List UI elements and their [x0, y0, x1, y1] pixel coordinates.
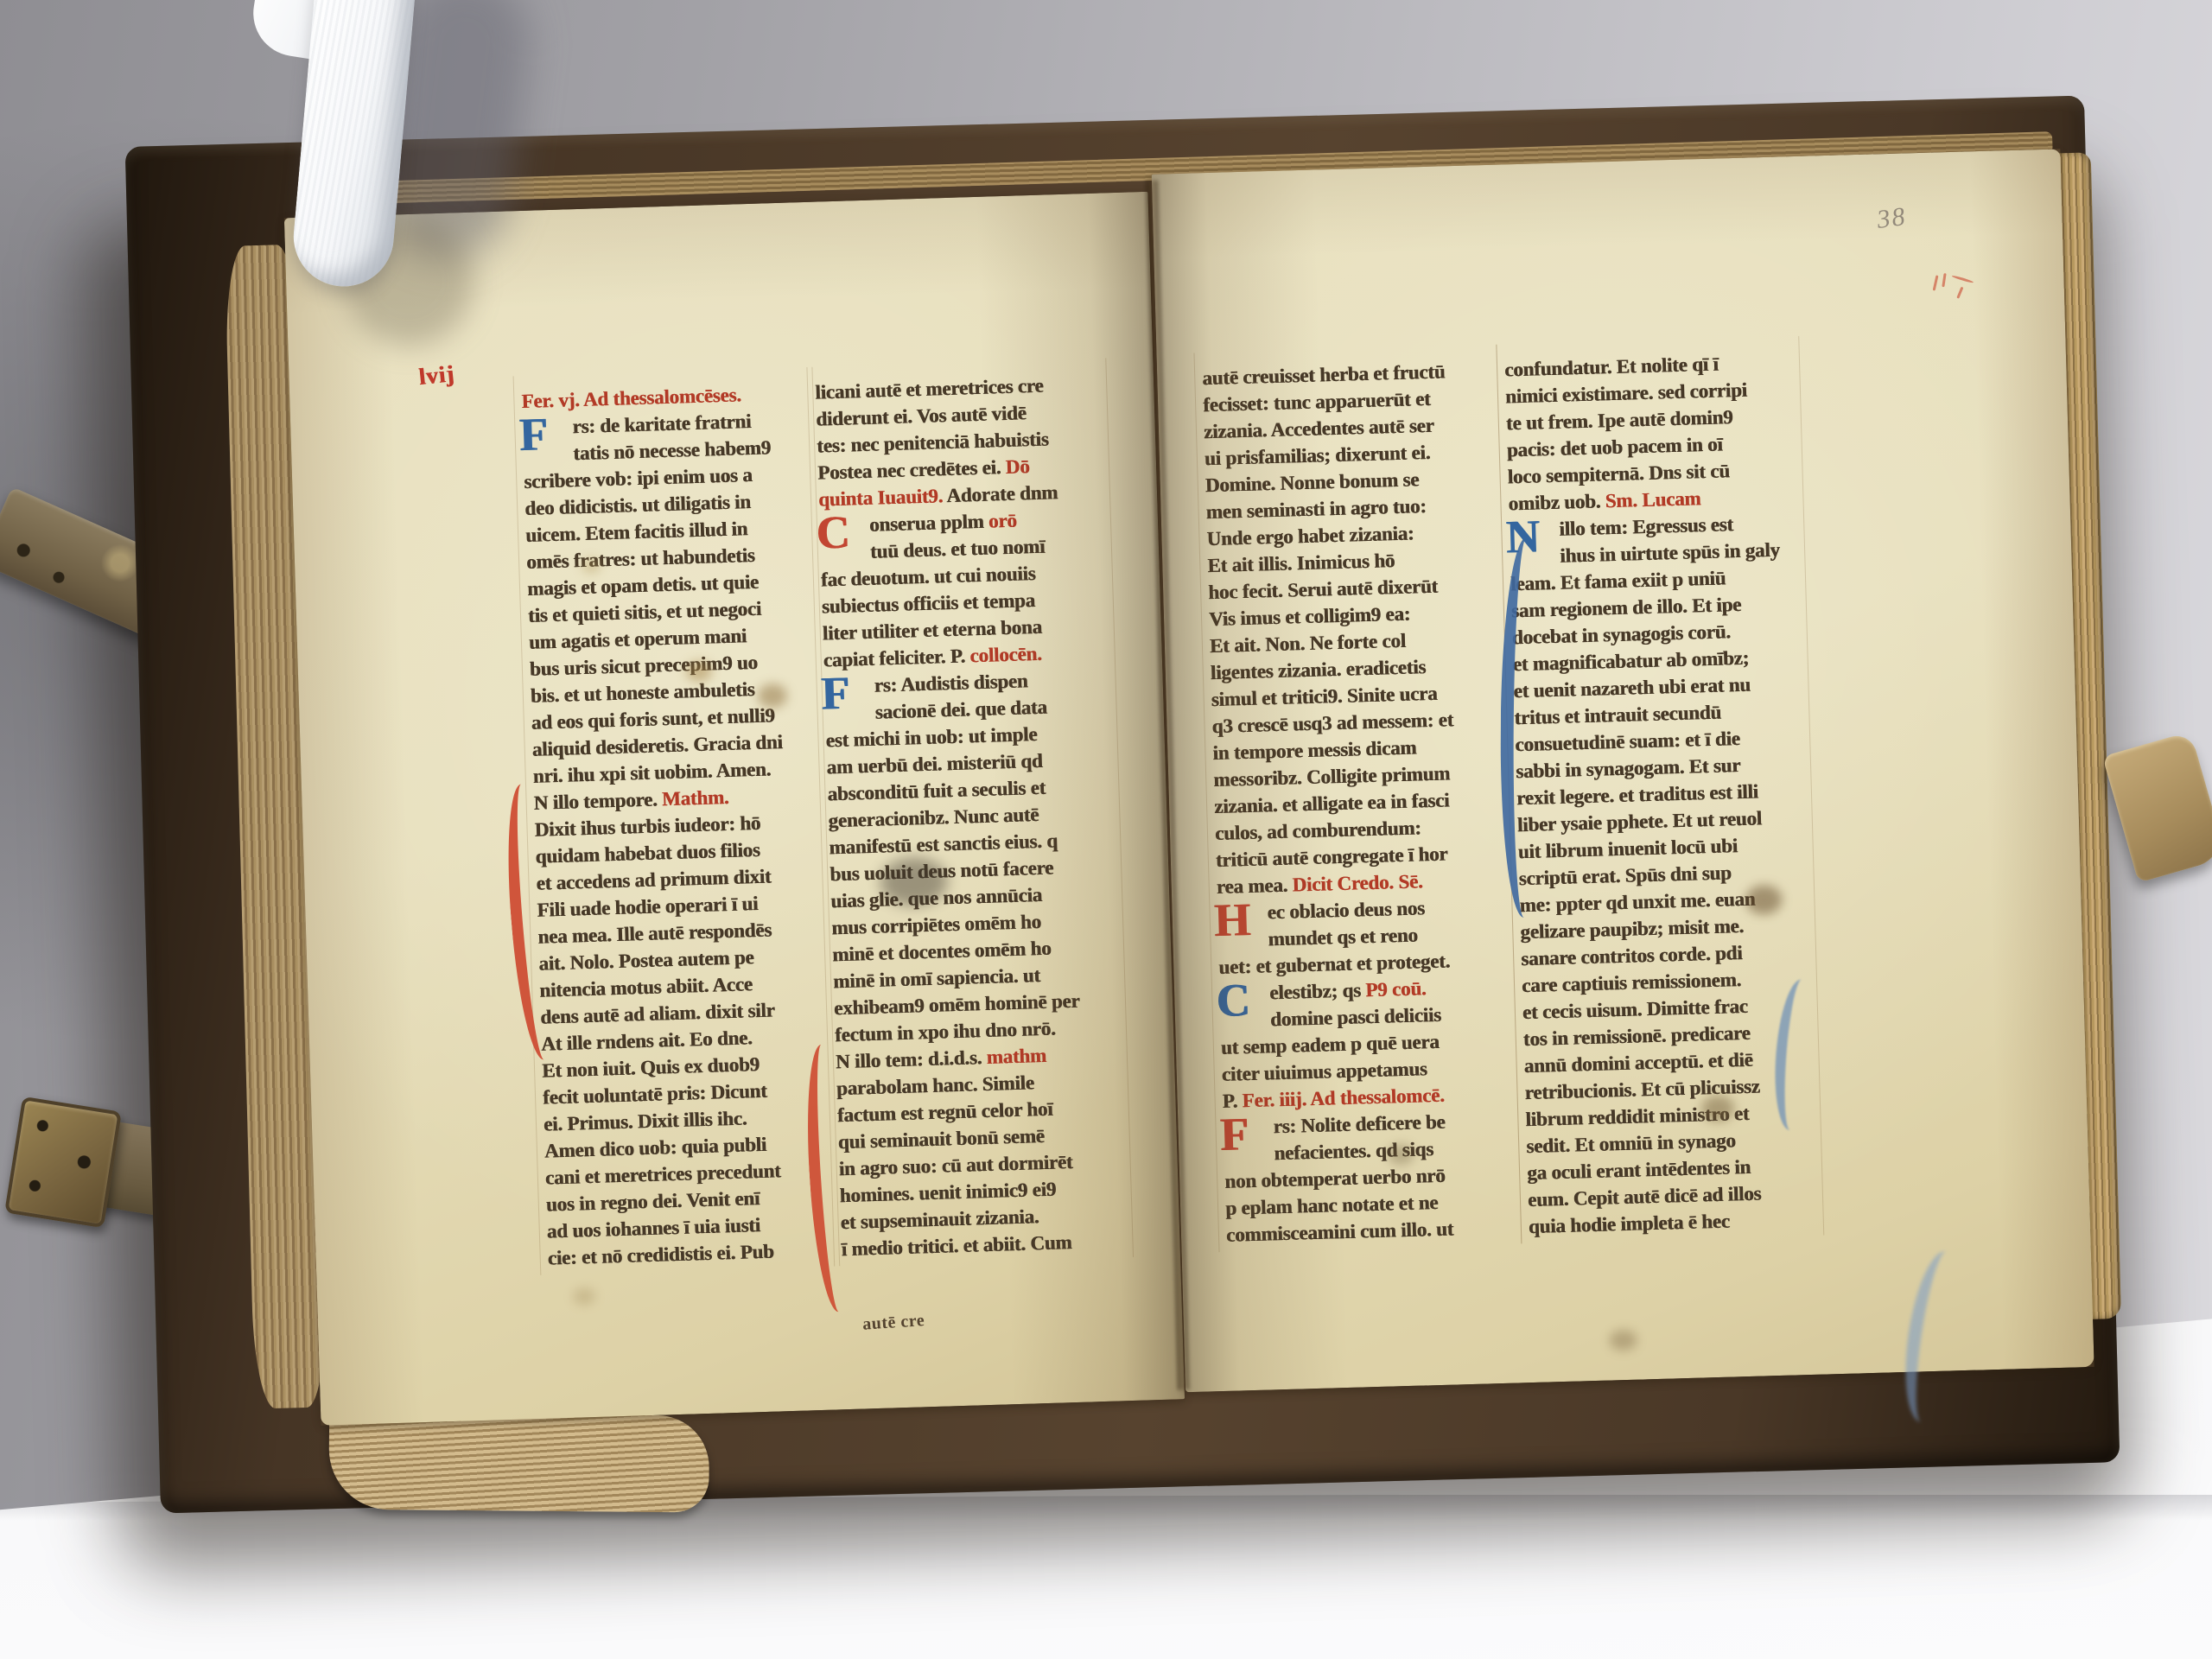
body-text: rs: Audistis dispen [874, 670, 1027, 696]
illuminated-initial-N: N [1505, 512, 1557, 562]
body-text: liber ysaie pphete. Et ut reuol [1517, 807, 1763, 836]
body-text: tuū deus. et tuo nomī [870, 536, 1046, 563]
body-text: uet: et gubernat et proteget. [1218, 950, 1450, 978]
text-column-right-a: HCFautē creuisset herba et fructūfecisse… [1202, 357, 1520, 1249]
body-text: men seminasti in agro tuo: [1205, 495, 1427, 523]
body-text: tatis nō necesse habem9 [573, 436, 771, 464]
body-text: commisceamini cum illo. ut [1226, 1218, 1454, 1246]
body-text: mus corripiētes omēm ho [831, 911, 1041, 938]
body-text: hoc fecit. Serui autē dixerūt [1208, 575, 1438, 603]
body-text: triticū autē congregate ī hor [1216, 843, 1448, 871]
body-text: ihus in uirtute spūs in galy [1560, 539, 1780, 567]
body-text: gelizare paupibz; misit me. [1520, 915, 1744, 943]
body-text: qui seminauit bonū semē [837, 1125, 1045, 1153]
body-text: nimici existimare. sed corripi [1505, 379, 1747, 408]
body-text: cie: et nō credidistis ei. Pub [547, 1241, 774, 1269]
body-text: absconditū fuit a seculis et [827, 777, 1046, 805]
stain [573, 1287, 596, 1306]
body-text: Unde ergo habet zizania: [1206, 522, 1414, 550]
rubric-text: orō [988, 510, 1017, 532]
body-text: subiectus officiis et tempa [821, 589, 1035, 618]
body-text: est michi in uob: ut imple [825, 723, 1037, 751]
body-text: quidam habebat duos filios [535, 839, 760, 868]
body-text: non obtemperat uerbo nrō [1224, 1165, 1446, 1192]
body-text: zizania. Accedentes autē ser [1204, 415, 1434, 442]
body-text: N illo tempore. [533, 788, 662, 814]
illuminated-initial-C: C [1216, 975, 1268, 1025]
text-column-left-a: FFer. vj. Ad thessalomcēses.rs: de karit… [521, 379, 838, 1272]
body-text: uos in regno dei. Venit enī [545, 1187, 760, 1216]
body-text: ga oculi erant intēdentes in [1527, 1156, 1751, 1184]
illuminated-initial-F: F [1219, 1109, 1271, 1159]
body-text: rexit legere. et traditus est illi [1516, 780, 1758, 809]
body-text: Fili uade hodie operari ī ui [537, 893, 758, 921]
body-text: um agatis et operum mani [529, 625, 747, 653]
body-text: nitencia motus abiit. Acce [539, 973, 753, 1001]
body-text: annū domini acceptū. et diē [1523, 1049, 1752, 1077]
illuminated-initial-H: H [1213, 895, 1265, 945]
body-text: et cecis uisum. Dimitte frac [1522, 995, 1748, 1023]
body-text: fecisset: tunc apparuerūt et [1203, 388, 1431, 416]
body-text: ec oblacio deus nos [1267, 897, 1425, 923]
illuminated-initial-F: F [518, 409, 570, 459]
bottom-page-edges [328, 1413, 709, 1513]
catchword: autē cre [862, 1311, 925, 1335]
rubric-text: Fer. vj. Ad thessalomcēses. [521, 384, 741, 412]
body-text: Postea nec credētes ei. [817, 456, 1006, 484]
body-text: liter utiliter et eterna bona [822, 616, 1042, 645]
body-text: me: ppter qd unxit me. euan [1519, 888, 1755, 917]
quire-mark: lvij [417, 360, 455, 391]
body-text: uit librum inuenit locū ubi [1517, 835, 1738, 862]
right-page: 38 HCFautē creuisset herba et fructūfeci… [1152, 149, 2094, 1392]
body-text: generacionibz. Nunc autē [828, 804, 1039, 831]
body-text: ligentes zizania. eradicetis [1210, 656, 1426, 683]
body-text: fectum in xpo ihu dno nrō. [835, 1018, 1056, 1046]
body-text: Adorate dnm [946, 481, 1058, 506]
rubric-text: collocēn. [969, 643, 1042, 667]
body-text: scriptū erat. Spūs dni sup [1518, 861, 1732, 889]
body-text: diderunt ei. Vos autē vidē [816, 402, 1027, 429]
body-text: mundet qs et reno [1268, 925, 1418, 950]
body-text: nri. ihu xpi sit uobim. Amen. [532, 758, 771, 786]
body-text: sedit. Et omniū in synago [1526, 1129, 1736, 1157]
body-text: q3 crescē usq3 ad messem: et [1211, 709, 1453, 737]
body-text: p eplam hanc notate et ne [1225, 1192, 1439, 1219]
body-text: scribere vob: ipi enim uos a [524, 464, 753, 493]
body-text: citer uiuimus appetamus [1221, 1058, 1427, 1085]
body-text: onserua pplm [869, 511, 989, 536]
body-text: Et ait illis. Inimicus hō [1207, 550, 1395, 576]
red-ink-offset-marks [1932, 270, 1988, 307]
rubric-text: Dō [1005, 455, 1029, 478]
body-text: eum. Cepit autē dicē ad illos [1528, 1183, 1762, 1211]
body-text: te ut frem. Ipe autē domin9 [1506, 406, 1733, 434]
body-text: tos in remissionē. predicare [1522, 1022, 1750, 1050]
body-text: manifestū est sanctis eius. q [829, 829, 1058, 858]
body-text: et supseminauit zizania. [840, 1205, 1039, 1233]
body-text: care captiuis remissionem. [1522, 969, 1742, 996]
rubric-text: Mathm. [662, 786, 729, 810]
body-text: sacionē dei. que data [874, 696, 1047, 723]
body-text: autē creuisset herba et fructū [1202, 360, 1446, 389]
body-text: pacis: det uob pacem in oī [1506, 433, 1722, 461]
body-text: Et ait. Non. Ne forte col [1210, 630, 1406, 657]
illuminated-initial-C: C [815, 507, 867, 557]
body-text: illo tem: Egressus est [1559, 513, 1733, 540]
body-text: quia hodie impleta ē hec [1529, 1211, 1730, 1237]
body-text: deo didicistis. ut diligatis in [524, 491, 751, 519]
body-text: ait. Nolo. Postea autem pe [538, 946, 754, 975]
body-text: factum est regnū celor hoī [836, 1098, 1052, 1127]
body-text: uicem. Etem facitis illud in [525, 518, 748, 546]
body-text: ad uos iohannes ī uia iusti [546, 1214, 760, 1243]
text-column-right-b: Nconfundatur. Et nolite qī īnimici exist… [1504, 348, 1822, 1240]
body-text: fac deuotum. ut cui nouiis [821, 563, 1036, 591]
body-text: magis et opam detis. ut quie [527, 571, 759, 600]
rubric-text: Sm. Lucam [1605, 487, 1700, 512]
body-text: elestibz; qs [1269, 979, 1366, 1003]
body-text: confundatur. Et nolite qī ī [1504, 353, 1719, 381]
text-column-left-b: CFlicani autē et meretrices crediderunt … [815, 370, 1132, 1262]
folio-number: 38 [1875, 202, 1908, 235]
body-text: At ille rndens ait. Eo dne. [541, 1027, 753, 1054]
illuminated-initial-F: F [820, 668, 872, 718]
rubric-text: P9 coū. [1365, 977, 1427, 1001]
body-text: Vis imus et colligim9 ea: [1209, 603, 1411, 630]
stain [1609, 1330, 1637, 1351]
body-text: loco sempiternā. Dns sit cū [1507, 460, 1730, 487]
rubric-text: Fer. iiij. Ad thessalomcē. [1242, 1084, 1445, 1112]
body-text: rs: de karitate fratrni [572, 410, 751, 437]
rubric-text: mathm [986, 1045, 1046, 1068]
body-text: ui prisfamilias; dixerunt ei. [1205, 442, 1431, 469]
body-text: culos, ad comburendum: [1215, 817, 1421, 844]
body-text: Domine. Nonne bonum se [1205, 468, 1419, 496]
body-text: fecit uoluntatē pris: Dicunt [543, 1080, 767, 1109]
left-page: lvij FFer. vj. Ad thessalomcēses.rs: de … [284, 192, 1185, 1426]
body-text: messoribz. Colligite primum [1213, 762, 1450, 791]
body-text: minē et docentes omēm ho [832, 938, 1052, 966]
body-text: ut semp eadem p quē uera [1221, 1031, 1440, 1058]
body-text: ī medio tritici. et abiit. Cum [841, 1231, 1071, 1260]
body-text: zizania. et alligate ea in fasci [1214, 789, 1450, 817]
rubric-text: Dicit Credo. Sē. [1292, 870, 1423, 895]
body-text: in tempore messis dicam [1212, 736, 1416, 764]
body-text: domine pasci deliciis [1270, 1004, 1441, 1031]
body-text: ei. Primus. Dixit illis ihc. [543, 1107, 747, 1135]
body-text: simul et tritici9. Sinite ucra [1211, 683, 1437, 710]
body-text: am uerbū dei. misteriū qd [826, 750, 1043, 779]
body-text: licani autē et meretrices cre [815, 375, 1044, 404]
body-text: omēs fratres: ut habundetis [526, 544, 755, 573]
body-text: homines. uenit inimic9 ei9 [839, 1179, 1056, 1207]
body-text: minē in omī sapiencia. ut [833, 964, 1040, 992]
body-text: bis. et ut honeste ambuletis [530, 678, 754, 707]
body-text: Dixit ihus turbis iudeor: hō [534, 812, 760, 841]
body-text: N illo tem: d.i.d.s. [836, 1046, 987, 1072]
body-text: tes: nec penitenciā habuistis [817, 428, 1049, 456]
brass-clasp [4, 1096, 122, 1228]
body-text: bus uris sicut precepim9 uo [530, 652, 758, 680]
body-text: Amen dico uob: quia publi [544, 1134, 767, 1162]
body-text: rs: Nolite deficere be [1273, 1111, 1446, 1138]
body-text: parabolam hanc. Simile [836, 1071, 1034, 1099]
body-text: sanare contritos corde. pdi [1521, 942, 1743, 969]
body-text: Et non iuit. Quis ex duob9 [542, 1053, 760, 1082]
